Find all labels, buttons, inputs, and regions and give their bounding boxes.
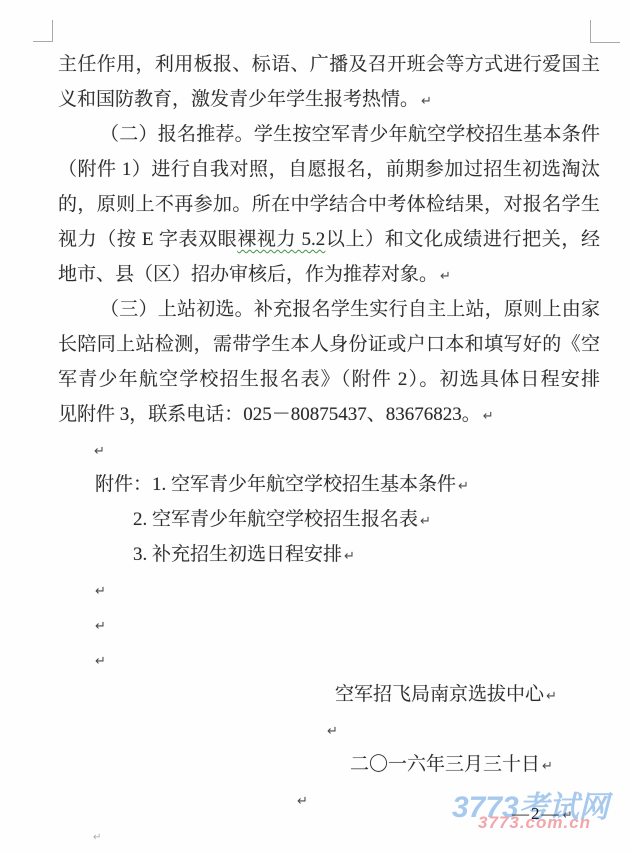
attachment-item: 1. 空军青少年航空学校招生基本条件: [152, 474, 456, 495]
document-body: 主任作用，利用板报、标语、广播及召开班会等方式进行爱国主 义和国防教育，激发青少…: [58, 47, 600, 817]
attachment-line: 3. 补充招生初选日程安排↵: [58, 537, 600, 572]
empty-line: ↵: [58, 642, 600, 677]
paragraph-mark-icon: ↵: [542, 759, 553, 774]
text-boundary-mark-top-right: [590, 20, 620, 43]
paragraph-mark-icon: ↵: [483, 409, 494, 424]
body-text: 义和国防教育，激发青少年学生报考热情。: [58, 89, 419, 110]
body-line: 长陪同上站检测，需带学生本人身份证或户口本和填写好的《空: [58, 327, 600, 362]
paragraph-mark-icon: ↵: [95, 654, 106, 669]
body-line: 义和国防教育，激发青少年学生报考热情。↵: [58, 82, 600, 117]
document-date: 二〇一六年三月三十日: [350, 754, 540, 775]
paragraph-mark-icon: ↵: [297, 794, 308, 809]
attachment-line: 附件：1. 空军青少年航空学校招生基本条件↵: [58, 467, 600, 502]
body-line: （二）报名推荐。学生按空军青少年航空学校招生基本条件: [58, 117, 600, 152]
paragraph-mark-icon: ↵: [421, 94, 432, 109]
body-text: 地市、县（区）招办审核后，作为推荐对象。: [58, 264, 438, 285]
empty-line: ↵: [58, 572, 600, 607]
body-line: 地市、县（区）招办审核后，作为推荐对象。↵: [58, 257, 600, 292]
empty-line: ↵: [58, 712, 600, 747]
body-line: 主任作用，利用板报、标语、广播及召开班会等方式进行爱国主: [58, 47, 600, 82]
text-boundary-mark-top-left: [33, 20, 53, 42]
paragraph-mark-icon: ↵: [440, 269, 451, 284]
stray-paragraph-mark: ↵: [93, 832, 101, 843]
body-line: 视力（按 E 字表双眼裸视力 5.2以上）和文化成绩进行把关，经: [58, 222, 600, 257]
signature-line: 空军招飞局南京选拔中心↵: [58, 677, 600, 712]
body-text: 以上）和文化成绩进行把关，经: [325, 229, 600, 250]
date-line: 二〇一六年三月三十日↵: [58, 747, 600, 782]
page-number-text: —2—: [512, 804, 561, 823]
body-line: 军青少年航空学校招生报名表》（附件 2）。初选具体日程安排: [58, 362, 600, 397]
paragraph-mark-icon: ↵: [420, 514, 431, 529]
body-line: （附件 1）进行自我对照，自愿报名，前期参加过招生初选淘汰: [58, 152, 600, 187]
paragraph-mark-icon: ↵: [563, 808, 575, 822]
attachment-item: 2. 空军青少年航空学校招生报名表: [133, 509, 418, 530]
document-page: 主任作用，利用板报、标语、广播及召开班会等方式进行爱国主 义和国防教育，激发青少…: [0, 0, 630, 853]
issuing-organization: 空军招飞局南京选拔中心: [335, 684, 544, 705]
attachment-item: 3. 补充招生初选日程安排: [133, 544, 342, 565]
paragraph-mark-icon: ↵: [94, 444, 105, 459]
paragraph-mark-icon: ↵: [327, 724, 338, 739]
body-text: 视力（按 E 字表双眼: [58, 229, 237, 250]
attachments-label: 附件：: [95, 474, 152, 495]
body-line: 的，原则上不再参加。所在中学结合中考体检结果，对报名学生: [58, 187, 600, 222]
paragraph-mark-icon: ↵: [95, 584, 106, 599]
spellcheck-flagged-text: 裸视力 5.2: [237, 229, 325, 250]
paragraph-mark-icon: ↵: [344, 549, 355, 564]
paragraph-mark-icon: ↵: [458, 479, 469, 494]
page-number: —2—↵: [512, 804, 575, 824]
empty-line: ↵: [58, 607, 600, 642]
body-line: （三）上站初选。补充报名学生实行自主上站，原则上由家: [58, 292, 600, 327]
empty-line: ↵: [58, 432, 600, 467]
paragraph-mark-icon: ↵: [546, 689, 557, 704]
attachment-line: 2. 空军青少年航空学校招生报名表↵: [58, 502, 600, 537]
paragraph-mark-icon: ↵: [95, 619, 106, 634]
body-line: 见附件 3，联系电话：025－80875437、83676823。↵: [58, 397, 600, 432]
body-text: 见附件 3，联系电话：025－80875437、83676823。: [58, 404, 481, 425]
